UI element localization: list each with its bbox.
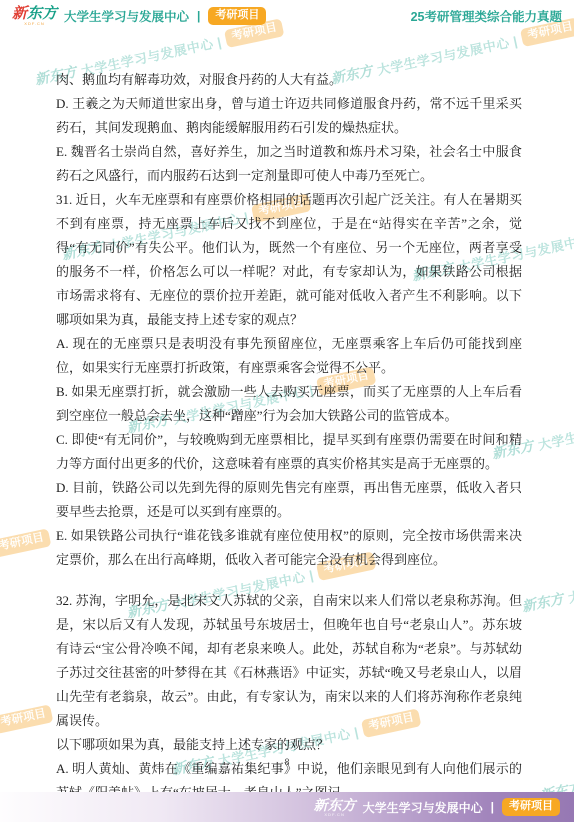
option-d-q30: D. 王羲之为天师道世家出身，曾与道士许迈共同修道服食丹药，常不远千里采买药石，… xyxy=(56,92,522,140)
exam-content: 肉、鹅血均有解毒功效，对服食丹药的人大有益。 D. 王羲之为天师道世家出身，曾与… xyxy=(56,68,522,805)
footer-org-name: 大学生学习与发展中心 xyxy=(363,799,483,816)
watermark: 新东方大学生学习与发展中心 |考研项目 xyxy=(520,544,574,616)
org-name: 大学生学习与发展中心 xyxy=(64,7,189,25)
footer-project-badge: 考研项目 xyxy=(502,798,560,815)
xdf-logo-sub: XDF.CN xyxy=(24,22,44,26)
watermark-badge: 考研项目 xyxy=(0,528,52,557)
page-number: 8 xyxy=(0,758,574,768)
option-a-q31: A. 现在的无座票只是表明没有事先预留座位，无座票乘客上车后仍可能找到座位，如果… xyxy=(56,332,522,380)
option-e-q31: E. 如果铁路公司执行“谁花钱多谁就有座位使用权”的原则，完全按市场供需来决定票… xyxy=(56,524,522,572)
footer-xdf-logo-text: 新东方 xyxy=(314,798,356,812)
doc-title: 25考研管理类综合能力真题 xyxy=(411,7,562,25)
header-brand: 新东方 XDF.CN 大学生学习与发展中心 | 考研项目 xyxy=(12,6,266,26)
watermark-logo: 新东方 xyxy=(520,588,565,616)
xdf-logo-text: 新东方 xyxy=(12,6,57,21)
footer-xdf-logo-sub: XDF.CN xyxy=(324,813,344,817)
option-c-q31: C. 即使“有无同价”，与较晚购到无座票相比，提早买到有座票仍需要在时间和精力等… xyxy=(56,428,522,476)
footer-xdf-logo: 新东方 XDF.CN xyxy=(314,798,356,817)
question-32-stem: 32. 苏洵，字明允，是北宋文人苏轼的父亲，自南宋以来人们常以老泉称苏洵。但是，… xyxy=(56,589,522,733)
watermark-badge: 考研项目 xyxy=(0,704,54,733)
page-header: 新东方 XDF.CN 大学生学习与发展中心 | 考研项目 25考研管理类综合能力… xyxy=(0,0,574,32)
xdf-logo-chars-green: 东方 xyxy=(27,5,57,22)
watermark-text: 大学生学习与发展中心 | xyxy=(536,405,574,453)
project-badge: 考研项目 xyxy=(208,7,266,24)
watermark-text: 大学生学习与发展中心 | xyxy=(566,558,574,606)
xdf-logo-char-red: 新 xyxy=(12,5,27,22)
option-b-q31: B. 如果无座票打折，就会激励一些人去购买无座票，而买了无座票的人上车后看到空座… xyxy=(56,380,522,428)
watermark: 新东方大学生学习与发展中心 |考研项目 xyxy=(0,527,52,599)
document-page: 新东方大学生学习与发展中心 |考研项目新东方大学生学习与发展中心 |考研项目新东… xyxy=(0,0,574,822)
option-d-q31: D. 目前，铁路公司以先到先得的原则先售完有座票，再出售无座票，低收入者只要早些… xyxy=(56,476,522,524)
separator: | xyxy=(197,9,200,23)
page-footer: 新东方 XDF.CN 大学生学习与发展中心 | 考研项目 xyxy=(0,792,574,822)
footer-separator: | xyxy=(491,800,494,814)
option-e-q30: E. 魏晋名士崇尚自然，喜好养生，加之当时道教和炼丹术习染，社会名士中服食药石之… xyxy=(56,140,522,188)
xdf-logo: 新东方 XDF.CN xyxy=(12,6,57,26)
question-32-prompt: 以下哪项如果为真，最能支持上述专家的观点？ xyxy=(56,733,522,757)
paragraph-continuation: 肉、鹅血均有解毒功效，对服食丹药的人大有益。 xyxy=(56,68,522,92)
question-31-stem: 31. 近日，火车无座票和有座票价格相同的话题再次引起广泛关注。有人在暑期买不到… xyxy=(56,188,522,332)
